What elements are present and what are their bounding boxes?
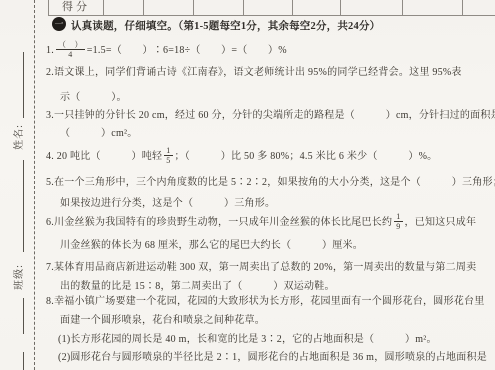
fraction-1-5: 1 5 [164,146,172,167]
binding-rule [23,352,24,370]
binding-rule [23,52,24,118]
fold-dashed-line [34,0,35,370]
score-cell [144,0,194,15]
question-3-line-2: （ ）cm²。 [60,127,137,140]
question-5-line-2: 如果按边进行分类，这是个（ ）三角形。 [60,197,275,210]
score-label-cell: 得分 [49,0,104,15]
score-cell [104,0,144,15]
question-2-line-1: 2.语文课上，同学们背诵古诗《江南春》，语文老师统计出 95%的同学已经背会。这… [46,66,462,79]
q4-post: ；（ ）比 50 多 80%；4.5 米比 6 米少（ ）%。 [175,150,438,163]
score-table: 得分 [48,0,495,16]
score-cell [194,0,244,15]
question-6-line-2: 川金丝猴的体长为 68 厘米，那么它的尾巴大约长（ ）厘米。 [60,239,363,252]
question-3-line-1: 3.一只挂钟的分针长 20 cm，经过 60 分，分针的尖端所走的路程是（ ）c… [46,109,495,122]
section-title: 认真读题，仔细填空。（第1-5题每空1分，其余每空2分，共24分） [71,18,380,33]
score-cell [244,0,293,15]
question-2-line-2: 示（ ）。 [60,91,127,104]
q6-pre: 6.川金丝猴为我国特有的珍贵野生动物，一只成年川金丝猴的体长比尾巴长约 [46,216,392,229]
binding-rule [23,298,24,334]
question-5-line-1: 5.在一个三角形中，三个内角度数的比是 5∶2∶2，如果按角的大小分类，这是个（… [46,176,495,189]
question-8-sub-1: (1)长方形花园的周长是 40 m，长和宽的比是 3∶2，它的占地面积是（ ）m… [58,333,437,346]
score-cell [403,0,463,15]
section-number-badge: 一 [52,17,66,31]
student-name-label: 姓名: [0,119,35,155]
question-8-line-1: 8.幸福小镇广场要建一个花园，花园的大致形状为长方形，花园里面有一个圆形花台，圆… [46,295,485,308]
q6-post: ，已知这只成年 [405,216,477,229]
class-label: 班级: [0,259,35,295]
score-cell [293,0,341,15]
question-1: 1. （ ） 4 =1.5=（ ）∶6=18÷（ ）=（ ）% [46,39,287,61]
fraction-1-9: 1 9 [394,212,402,233]
binding-rule [23,160,24,252]
score-label: 得分 [62,0,90,15]
fraction-blank-over-4: （ ） 4 [56,40,85,61]
exam-page: 姓名: 班级: 得分 一 认真读题，仔细填空。（第1-5题每空1分，其余每空2分… [0,0,495,370]
score-cell [341,0,403,15]
question-4: 4. 20 吨比（ ）吨轻 1 5 ；（ ）比 50 多 80%；4.5 米比 … [46,145,437,167]
question-8-sub-2: (2)圆形花台与圆形喷泉的半径比是 2∶1，圆形花台的占地面积是 36 m，圆形… [58,351,487,364]
question-7-line-1: 7.某体育用品商店新进运动鞋 300 双，第一周卖出了总数的 20%，第一周卖出… [46,261,476,274]
question-6-line-1: 6.川金丝猴为我国特有的珍贵野生动物，一只成年川金丝猴的体长比尾巴长约 1 9 … [46,211,476,233]
question-7-line-2: 出的数量的比是 15∶8，第二周卖出了（ ）双运动鞋。 [60,280,335,293]
q1-post: =1.5=（ ）∶6=18÷（ ）=（ ）% [87,44,287,57]
q4-pre: 4. 20 吨比（ ）吨轻 [46,150,162,163]
q1-pre: 1. [46,44,54,57]
score-cell [463,0,495,15]
question-8-line-2: 面建一个圆形喷泉，花台和喷泉之间种花草。 [60,314,265,327]
